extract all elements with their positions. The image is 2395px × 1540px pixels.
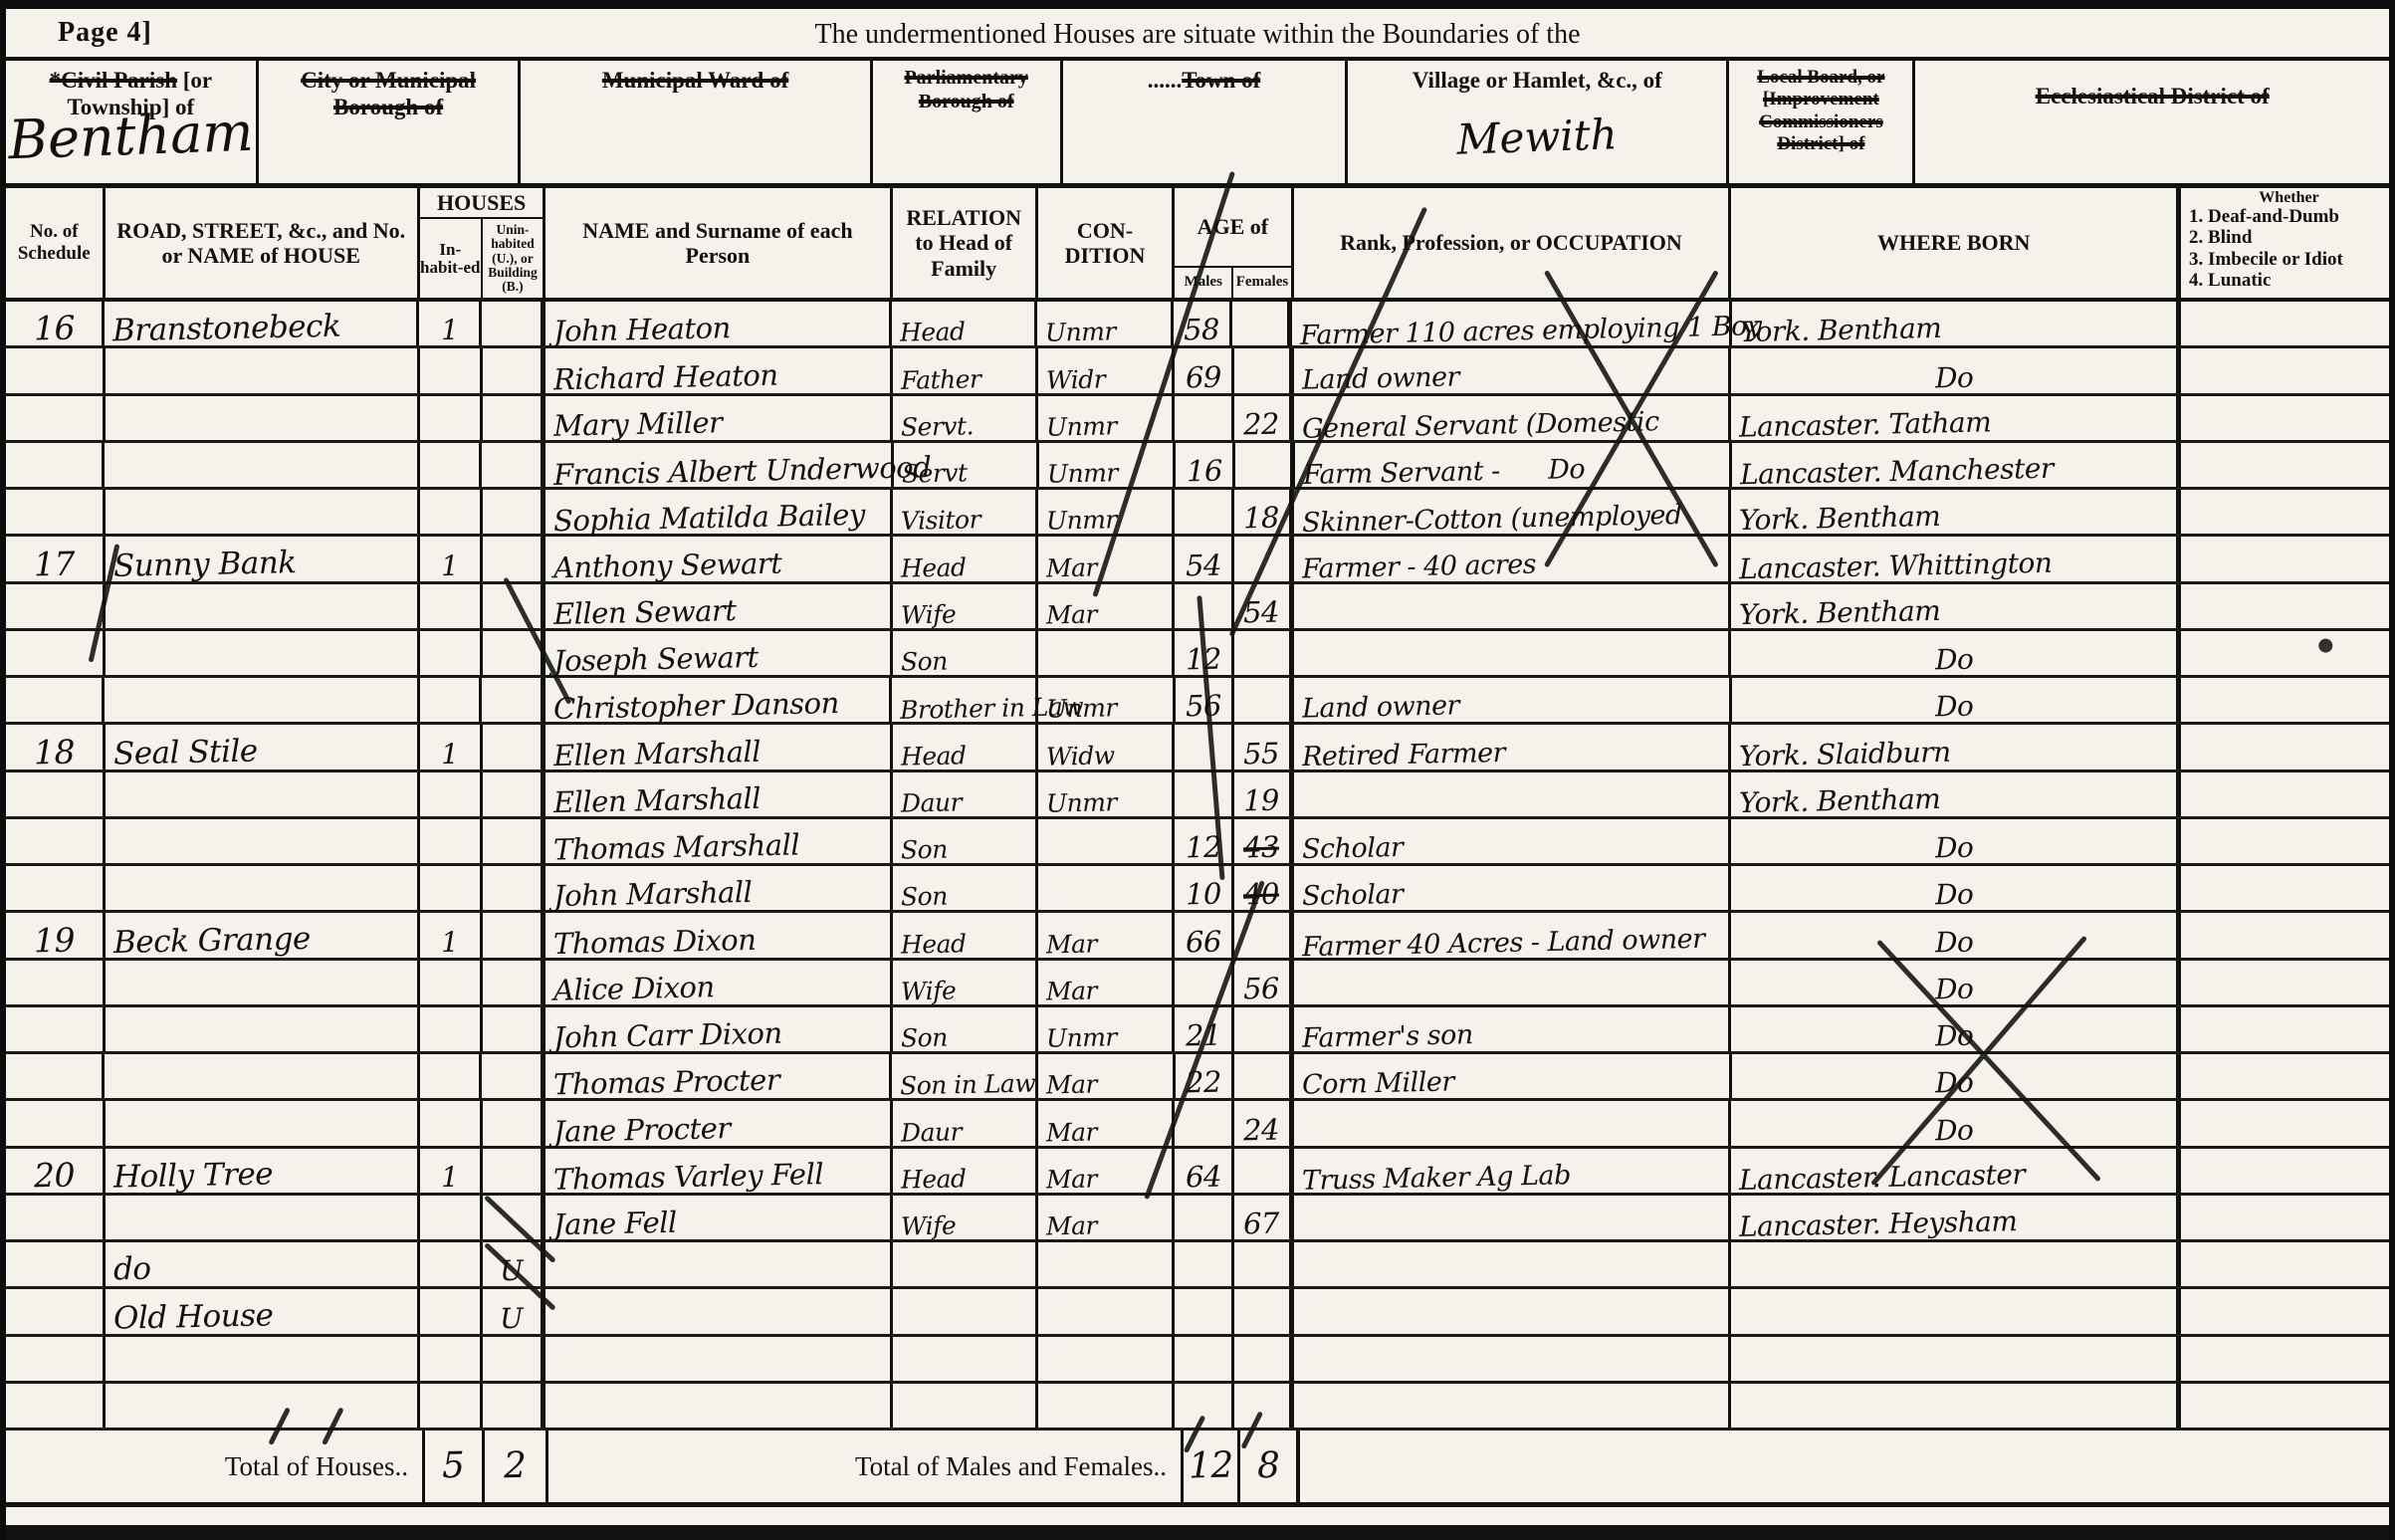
- cell-occ: Scholar: [1294, 866, 1732, 910]
- district-ecclesiastical: Ecclesiastical District of: [1915, 61, 2389, 183]
- cell-rel: Son: [893, 866, 1038, 910]
- cell-am: [1175, 772, 1234, 816]
- cell-occ: [1294, 1289, 1732, 1333]
- cell-name: John Carr Dixon: [545, 1007, 892, 1051]
- cell-name: [545, 1337, 892, 1381]
- column-header-houses: HOUSES: [420, 188, 543, 219]
- cell-house: Seal Stile: [106, 725, 420, 769]
- cell-am: [1175, 961, 1234, 1004]
- cell-born: [1731, 1337, 2181, 1381]
- cell-sch: [6, 1289, 106, 1333]
- cell-rel: Son: [893, 819, 1038, 863]
- cell-name: Anthony Sewart: [545, 537, 892, 580]
- total-males-value: 12: [1181, 1430, 1240, 1502]
- cell-born: Lancaster. Manchester: [1732, 443, 2181, 487]
- cell-rel: Brother in Law: [892, 678, 1038, 722]
- cell-wh: [2181, 866, 2389, 910]
- cell-inh: [420, 443, 483, 487]
- cell-house: [106, 1196, 420, 1239]
- cell-rel: [893, 1242, 1038, 1286]
- cell-cond: Widr: [1038, 348, 1175, 392]
- cell-unh: [483, 490, 546, 534]
- cell-cond: Unmr: [1038, 490, 1175, 534]
- cell-house: Sunny Bank: [106, 537, 420, 580]
- cell-sch: 17: [6, 537, 106, 580]
- cell-am: 54: [1175, 537, 1234, 580]
- table-row: Ellen SewartWifeMar54York. Bentham: [6, 584, 2389, 631]
- cell-am: [1175, 584, 1234, 628]
- district-value-handwritten: Bentham: [5, 101, 257, 172]
- cell-cond: Unmr: [1038, 678, 1175, 722]
- table-row: Ellen MarshallDaurUnmr19York. Bentham: [6, 772, 2389, 819]
- cell-house: [106, 490, 420, 534]
- table-row: 16Branstonebeck1John HeatonHeadUnmr58Far…: [6, 302, 2389, 348]
- column-header-females: Females: [1233, 268, 1290, 298]
- cell-unh: [483, 866, 546, 910]
- cell-rel: Daur: [893, 772, 1038, 816]
- cell-house: do: [106, 1242, 420, 1286]
- cell-cond: Mar: [1038, 537, 1175, 580]
- cell-occ: Land owner: [1294, 678, 1732, 722]
- column-header-occupation: Rank, Profession, or OCCUPATION: [1294, 188, 1732, 298]
- cell-af: 56: [1234, 961, 1294, 1004]
- cell-cond: [1038, 631, 1175, 675]
- cell-name: Ellen Sewart: [545, 584, 892, 628]
- cell-inh: 1: [420, 1149, 483, 1193]
- cell-cond: Mar: [1038, 1101, 1175, 1145]
- cell-born: Do: [1731, 1101, 2181, 1145]
- cell-am: 16: [1176, 443, 1235, 487]
- cell-inh: 1: [420, 537, 483, 580]
- cell-wh: [2181, 537, 2389, 580]
- cell-af: 43: [1234, 819, 1294, 863]
- cell-inh: [420, 631, 483, 675]
- cell-inh: [420, 866, 483, 910]
- district-parliamentary-borough: Parliamentary Borough of: [873, 61, 1063, 183]
- cell-af: [1234, 1337, 1294, 1381]
- cell-af: [1234, 1149, 1294, 1193]
- cell-sch: [6, 1196, 106, 1239]
- cell-name: Francis Albert Underwood: [545, 443, 894, 487]
- cell-rel: Son: [893, 1007, 1038, 1051]
- cell-unh: [483, 631, 546, 675]
- column-header-age: AGE of: [1175, 188, 1290, 266]
- cell-name: Ellen Marshall: [545, 725, 892, 769]
- scan-edge-top: [6, 0, 2389, 9]
- district-label: Village or Hamlet, &c., of: [1348, 67, 1726, 94]
- cell-wh: [2181, 1101, 2389, 1145]
- table-row: John Carr DixonSonUnmr21Farmer's sonDo: [6, 1007, 2389, 1054]
- district-label: Local Board, or [Improvement Commissione…: [1729, 67, 1912, 156]
- cell-house: Beck Grange: [106, 913, 420, 957]
- cell-born: [1731, 1384, 2181, 1428]
- cell-house: [106, 1101, 420, 1145]
- cell-occ: Farmer's son: [1294, 1007, 1732, 1051]
- cell-sch: [6, 772, 106, 816]
- cell-rel: Son: [893, 631, 1038, 675]
- cell-cond: Mar: [1038, 1149, 1175, 1193]
- cell-unh: [483, 1196, 546, 1239]
- cell-wh: [2181, 396, 2389, 440]
- cell-am: 12: [1175, 631, 1234, 675]
- cell-am: [1175, 396, 1234, 440]
- cell-house: [106, 631, 420, 675]
- column-header-row: No. of Schedule ROAD, STREET, &c., and N…: [6, 188, 2389, 302]
- cell-born: Lancaster. Tatham: [1731, 396, 2181, 440]
- table-row: Thomas ProcterSon in LawMar22Corn Miller…: [6, 1054, 2389, 1101]
- cell-am: [1175, 1242, 1234, 1286]
- cell-unh: [483, 961, 546, 1004]
- cell-af: [1235, 443, 1295, 487]
- district-value-handwritten: [1063, 100, 1345, 110]
- cell-inh: [420, 1054, 483, 1098]
- cell-house: [106, 584, 420, 628]
- column-header-males: Males: [1175, 268, 1233, 298]
- cell-wh: [2181, 584, 2389, 628]
- column-header-age-group: AGE of Males Females: [1175, 188, 1293, 298]
- cell-inh: [420, 1101, 483, 1145]
- cell-rel: Visitor: [893, 490, 1038, 534]
- cell-occ: [1294, 1101, 1732, 1145]
- totals-row: Total of Houses.. 5 2 Total of Males and…: [6, 1430, 2389, 1507]
- cell-sch: [6, 1054, 105, 1098]
- cell-sch: [6, 961, 106, 1004]
- cell-occ: Farmer - 40 acres: [1294, 537, 1732, 580]
- cell-am: [1175, 1289, 1234, 1333]
- cell-sch: [6, 1337, 106, 1381]
- cell-am: 64: [1175, 1149, 1234, 1193]
- title-band: Page 4] The undermentioned Houses are si…: [6, 9, 2389, 61]
- cell-af: [1234, 631, 1294, 675]
- whether-item: 4. Lunatic: [2189, 270, 2389, 291]
- cell-name: [545, 1242, 892, 1286]
- cell-born: Do: [1731, 819, 2181, 863]
- cell-house: Holly Tree: [106, 1149, 420, 1193]
- cell-inh: [420, 1242, 483, 1286]
- table-row: 17Sunny Bank1Anthony SewartHeadMar54Farm…: [6, 537, 2389, 583]
- cell-wh: [2181, 1196, 2389, 1239]
- cell-wh: [2181, 631, 2389, 675]
- cell-house: Old House: [106, 1289, 420, 1333]
- cell-born: Lancaster. Whittington: [1731, 537, 2181, 580]
- table-row: 20Holly Tree1Thomas Varley FellHeadMar64…: [6, 1149, 2389, 1196]
- cell-occ: Truss Maker Ag Lab: [1294, 1149, 1732, 1193]
- cell-inh: [420, 396, 483, 440]
- cell-name: Mary Miller: [545, 396, 892, 440]
- cell-wh: [2181, 678, 2389, 722]
- cell-occ: [1294, 1384, 1732, 1428]
- cell-occ: Farm Servant - Do: [1295, 443, 1732, 487]
- cell-born: York. Bentham: [1731, 490, 2181, 534]
- cell-occ: Scholar: [1294, 819, 1732, 863]
- cell-unh: [482, 302, 545, 345]
- cell-house: Branstonebeck: [105, 302, 419, 345]
- cell-name: Alice Dixon: [545, 961, 892, 1004]
- cell-inh: [420, 1384, 483, 1428]
- cell-af: [1234, 1054, 1294, 1098]
- cell-inh: 1: [420, 725, 483, 769]
- cell-rel: Head: [893, 537, 1038, 580]
- cell-sch: [6, 631, 106, 675]
- district-municipal-ward: Municipal Ward of: [521, 61, 872, 183]
- district-municipal-borough: City or Municipal Borough of: [259, 61, 522, 183]
- cell-af: [1234, 913, 1294, 957]
- district-label: Municipal Ward of: [521, 67, 869, 94]
- cell-house: [106, 1007, 420, 1051]
- table-row: Francis Albert UnderwoodServtUnmr16Farm …: [6, 443, 2389, 490]
- cell-sch: 19: [6, 913, 106, 957]
- cell-cond: Unmr: [1037, 302, 1174, 345]
- cell-cond: Mar: [1038, 961, 1175, 1004]
- cell-rel: [893, 1384, 1038, 1428]
- district-header-row: *Civil Parish [or Township] of Bentham C…: [6, 61, 2389, 188]
- cell-am: [1175, 1101, 1234, 1145]
- cell-sch: [6, 1242, 106, 1286]
- table-row: [6, 1384, 2389, 1430]
- cell-af: [1234, 1242, 1294, 1286]
- cell-unh: [483, 725, 546, 769]
- district-civil-parish: *Civil Parish [or Township] of Bentham: [6, 61, 259, 183]
- cell-occ: [1294, 584, 1732, 628]
- cell-am: [1175, 1196, 1234, 1239]
- cell-house: [105, 678, 419, 722]
- cell-occ: [1294, 1337, 1732, 1381]
- table-row: John MarshallSon1040ScholarDo: [6, 866, 2389, 913]
- cell-wh: [2181, 1242, 2389, 1286]
- cell-rel: Head: [893, 1149, 1038, 1193]
- cell-unh: [483, 913, 546, 957]
- cell-cond: [1038, 1337, 1175, 1381]
- cell-wh: [2181, 725, 2389, 769]
- cell-wh: [2181, 819, 2389, 863]
- table-row: Christopher DansonBrother in LawUnmr56La…: [6, 678, 2389, 725]
- cell-house: [106, 772, 420, 816]
- cell-rel: Head: [893, 725, 1038, 769]
- table-row: Jane FellWifeMar67Lancaster. Heysham: [6, 1196, 2389, 1242]
- page-title: The undermentioned Houses are situate wi…: [6, 19, 2389, 51]
- cell-sch: [6, 1007, 106, 1051]
- cell-cond: Unmr: [1038, 396, 1175, 440]
- cell-name: Ellen Marshall: [545, 772, 892, 816]
- cell-rel: Wife: [893, 584, 1038, 628]
- total-uninhabited-value: 2: [485, 1430, 548, 1502]
- cell-unh: [483, 537, 546, 580]
- cell-cond: Mar: [1038, 1196, 1175, 1239]
- cell-af: 22: [1234, 396, 1294, 440]
- whether-item: 2. Blind: [2189, 227, 2389, 248]
- total-inhabited-value: 5: [422, 1430, 485, 1502]
- cell-inh: [420, 1289, 483, 1333]
- cell-af: 24: [1234, 1101, 1294, 1145]
- column-header-road: ROAD, STREET, &c., and No. or NAME of HO…: [106, 188, 420, 298]
- cell-name: Richard Heaton: [545, 348, 892, 392]
- cell-wh: [2181, 443, 2389, 487]
- cell-wh: [2181, 1007, 2389, 1051]
- cell-house: [106, 866, 420, 910]
- cell-sch: [6, 443, 105, 487]
- table-row: Thomas MarshallSon1243ScholarDo: [6, 819, 2389, 866]
- cell-house: [106, 396, 420, 440]
- cell-cond: Widw: [1038, 725, 1175, 769]
- district-village-hamlet: Village or Hamlet, &c., of Mewith: [1348, 61, 1729, 183]
- cell-unh: [483, 348, 546, 392]
- cell-rel: Wife: [893, 961, 1038, 1004]
- cell-unh: [483, 396, 546, 440]
- cell-am: [1175, 1384, 1234, 1428]
- cell-am: 66: [1175, 913, 1234, 957]
- cell-am: [1175, 490, 1234, 534]
- cell-wh: [2181, 913, 2389, 957]
- cell-unh: [483, 1337, 546, 1381]
- cell-cond: [1038, 819, 1175, 863]
- cell-name: John Marshall: [545, 866, 892, 910]
- table-row: Mary MillerServt.Unmr22General Servant (…: [6, 396, 2389, 443]
- cell-am: 22: [1176, 1054, 1235, 1098]
- cell-sch: [6, 1101, 106, 1145]
- cell-af: 19: [1234, 772, 1294, 816]
- cell-name: Thomas Varley Fell: [545, 1149, 892, 1193]
- cell-born: Do: [1731, 1007, 2181, 1051]
- cell-cond: Mar: [1038, 584, 1175, 628]
- cell-am: 10: [1175, 866, 1234, 910]
- cell-inh: [420, 584, 483, 628]
- cell-occ: Retired Farmer: [1294, 725, 1732, 769]
- cell-inh: [420, 961, 483, 1004]
- cell-sch: [6, 584, 106, 628]
- cell-born: Do: [1731, 631, 2181, 675]
- cell-inh: 1: [419, 302, 482, 345]
- cell-af: [1234, 348, 1294, 392]
- column-header-houses-group: HOUSES In-habit-ed Unin-habited (U.), or…: [420, 188, 545, 298]
- cell-unh: [483, 1007, 546, 1051]
- cell-cond: Mar: [1038, 913, 1175, 957]
- cell-unh: U: [483, 1289, 546, 1333]
- cell-cond: [1038, 1289, 1175, 1333]
- cell-unh: [482, 443, 545, 487]
- whether-item: 3. Imbecile or Idiot: [2189, 249, 2389, 270]
- cell-sch: [6, 819, 106, 863]
- cell-inh: [420, 819, 483, 863]
- cell-inh: [420, 1196, 483, 1239]
- cell-rel: Wife: [893, 1196, 1038, 1239]
- cell-af: [1234, 537, 1294, 580]
- cell-born: Lancaster. Heysham: [1731, 1196, 2181, 1239]
- cell-born: Do: [1731, 913, 2181, 957]
- table-row: Old HouseU: [6, 1289, 2389, 1336]
- cell-born: Lancaster. Lancaster: [1731, 1149, 2181, 1193]
- cell-occ: [1294, 1242, 1732, 1286]
- cell-name: Christopher Danson: [545, 678, 892, 722]
- cell-unh: [483, 819, 546, 863]
- census-table-body: 16Branstonebeck1John HeatonHeadUnmr58Far…: [6, 302, 2389, 1430]
- scan-edge-bottom: [6, 1525, 2389, 1540]
- district-town: ......Town of: [1063, 61, 1349, 183]
- cell-wh: [2181, 1054, 2389, 1098]
- column-header-inhabited: In-habit-ed: [420, 219, 483, 298]
- cell-sch: [6, 866, 106, 910]
- cell-born: Do: [1731, 961, 2181, 1004]
- cell-occ: [1294, 961, 1732, 1004]
- cell-cond: [1038, 1242, 1175, 1286]
- cell-occ: Land owner: [1294, 348, 1732, 392]
- column-header-relation: RELATION to Head of Family: [893, 188, 1038, 298]
- cell-house: [106, 1337, 420, 1381]
- cell-af: 54: [1234, 584, 1294, 628]
- cell-name: [545, 1384, 892, 1428]
- cell-born: Do: [1731, 866, 2181, 910]
- cell-sch: [6, 678, 105, 722]
- whether-title: Whether: [2189, 190, 2389, 206]
- cell-unh: [482, 1054, 545, 1098]
- cell-wh: [2181, 772, 2389, 816]
- cell-born: York. Slaidburn: [1731, 725, 2181, 769]
- cell-rel: [893, 1289, 1038, 1333]
- district-value-handwritten: [522, 99, 870, 110]
- cell-rel: Servt.: [893, 396, 1038, 440]
- cell-am: [1175, 725, 1234, 769]
- cell-sch: [6, 348, 106, 392]
- table-row: Joseph SewartSon12Do: [6, 631, 2389, 678]
- cell-name: [545, 1289, 892, 1333]
- cell-af: [1232, 302, 1292, 345]
- cell-occ: Farmer 40 Acres - Land owner: [1294, 913, 1732, 957]
- cell-born: York. Bentham: [1731, 584, 2181, 628]
- cell-af: [1234, 1289, 1294, 1333]
- cell-name: Thomas Procter: [545, 1054, 892, 1098]
- cell-born: Do: [1732, 678, 2182, 722]
- cell-af: 18: [1234, 490, 1294, 534]
- cell-name: Jane Fell: [545, 1196, 892, 1239]
- cell-af: 40: [1234, 866, 1294, 910]
- cell-rel: Daur: [893, 1101, 1038, 1145]
- cell-cond: Unmr: [1038, 1007, 1175, 1051]
- cell-inh: [420, 772, 483, 816]
- cell-unh: U: [483, 1242, 546, 1286]
- cell-unh: [483, 1149, 546, 1193]
- district-label: Parliamentary Borough of: [873, 67, 1060, 113]
- cell-unh: [483, 584, 546, 628]
- cell-unh: [483, 1384, 546, 1428]
- cell-rel: Head: [893, 913, 1038, 957]
- district-label: ......Town of: [1063, 67, 1346, 94]
- cell-unh: [483, 772, 546, 816]
- cell-rel: Son in Law: [892, 1054, 1038, 1098]
- cell-inh: [420, 490, 483, 534]
- cell-inh: [420, 348, 483, 392]
- table-row: 18Seal Stile1Ellen MarshallHeadWidw55Ret…: [6, 725, 2389, 771]
- whether-item: 1. Deaf-and-Dumb: [2189, 206, 2389, 227]
- cell-house: [105, 443, 419, 487]
- total-males-females-label: Total of Males and Females..: [548, 1430, 1181, 1502]
- cell-wh: [2181, 961, 2389, 1004]
- cell-occ: [1294, 772, 1732, 816]
- cell-occ: General Servant (Domestic: [1294, 396, 1732, 440]
- cell-unh: [482, 678, 545, 722]
- cell-af: [1234, 678, 1294, 722]
- cell-rel: Father: [893, 348, 1038, 392]
- cell-inh: [420, 1337, 483, 1381]
- cell-wh: [2181, 490, 2389, 534]
- cell-wh: [2181, 348, 2389, 392]
- census-page-scan: Page 4] The undermentioned Houses are si…: [0, 0, 2395, 1540]
- cell-sch: 16: [6, 302, 105, 345]
- cell-name: John Heaton: [545, 302, 892, 345]
- cell-born: York. Bentham: [1731, 772, 2181, 816]
- table-row: Richard HeatonFatherWidr69Land ownerDo: [6, 348, 2389, 395]
- cell-born: Do: [1732, 1054, 2182, 1098]
- column-header-name: NAME and Surname of each Person: [545, 188, 892, 298]
- column-header-whether-disabilities: Whether 1. Deaf-and-Dumb 2. Blind 3. Imb…: [2181, 188, 2389, 298]
